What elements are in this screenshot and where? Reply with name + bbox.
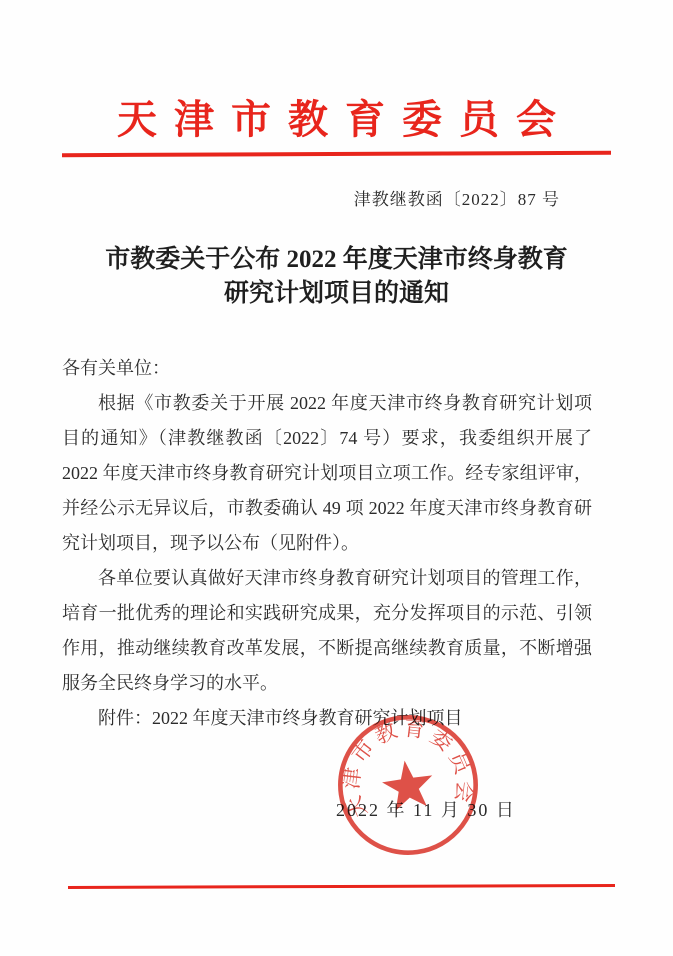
notice-title-line-1: 市教委关于公布 2022 年度天津市终身教育 <box>0 243 673 277</box>
header-red-rule <box>62 151 611 157</box>
footer-red-rule <box>68 884 615 889</box>
body-paragraph-1: 根据《市教委关于开展 2022 年度天津市终身教育研究计划项目的通知》（津教继教… <box>62 386 592 561</box>
issuing-organization-title: 天津市教育委员会 <box>0 88 673 145</box>
official-notice-page: 天津市教育委员会 津教继教函〔2022〕87 号 市教委关于公布 2022 年度… <box>0 0 673 956</box>
body-paragraph-2: 各单位要认真做好天津市终身教育研究计划项目的管理工作，培育一批优秀的理论和实践研… <box>62 561 592 701</box>
notice-title-line-2: 研究计划项目的通知 <box>0 277 673 311</box>
document-reference-number: 津教继教函〔2022〕87 号 <box>354 185 560 210</box>
notice-body: 各有关单位： 根据《市教委关于开展 2022 年度天津市终身教育研究计划项目的通… <box>62 351 592 736</box>
official-seal-icon: 天津市教育委员会 <box>326 703 490 867</box>
salutation: 各有关单位： <box>62 351 592 386</box>
seal-star-icon <box>380 757 437 812</box>
notice-title: 市教委关于公布 2022 年度天津市终身教育 研究计划项目的通知 <box>0 243 673 311</box>
